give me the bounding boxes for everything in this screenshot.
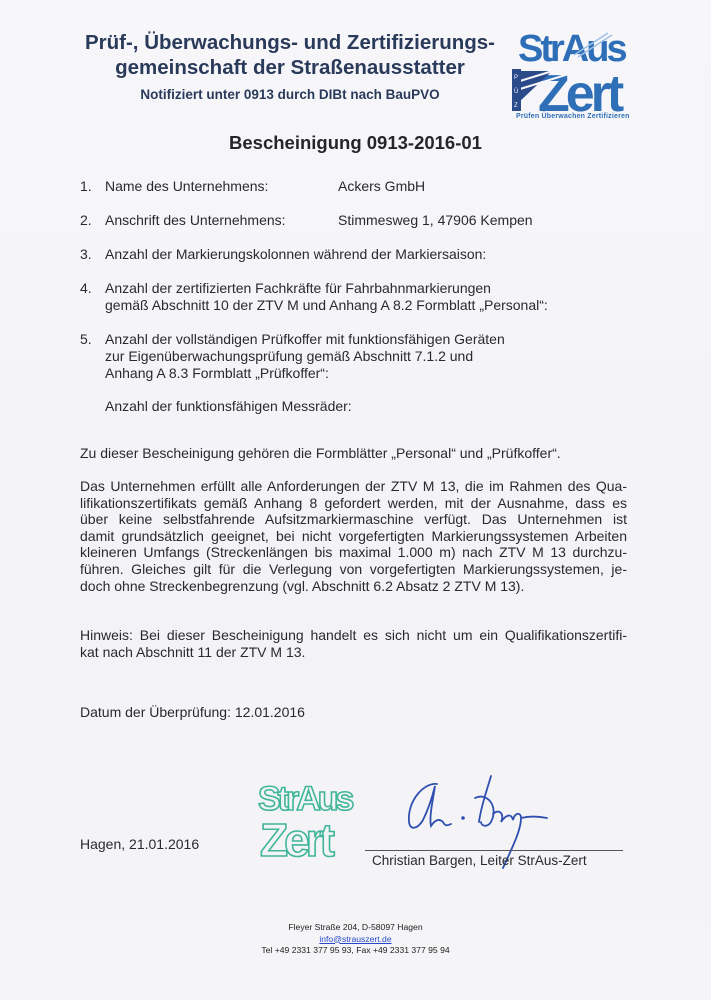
item-label: Name des Unternehmens:	[105, 178, 268, 195]
svg-text:Ü: Ü	[514, 88, 518, 95]
logo-icon: StrAus Zert P Ü Z	[512, 25, 644, 115]
paragraph-line: Das Unternehmen erfüllt alle Anforderung…	[80, 478, 627, 495]
org-name-line1: Prüf-, Überwachungs- und Zertifizierungs…	[80, 30, 500, 55]
item-label-line: Anzahl der zertifizierten Fachkräfte für…	[105, 280, 491, 297]
place-and-date: Hagen, 21.01.2016	[80, 836, 199, 852]
item-label-line: gemäß Abschnitt 10 der ZTV M und Anhang …	[105, 297, 548, 314]
strauszert-logo: StrAus Zert P Ü Z Prüfen Überwachen Zert…	[512, 25, 644, 125]
item-number: 3.	[80, 246, 98, 263]
company-stamp: StrAus Zert	[256, 776, 366, 861]
signatory-name: Christian Bargen, Leiter StrAus-Zert	[372, 853, 587, 868]
item-number: 2.	[80, 212, 98, 229]
paragraph-line: kat nach Abschnitt 11 der ZTV M 13.	[80, 644, 627, 661]
company-name-value: Ackers GmbH	[338, 178, 425, 195]
paragraph-line: kleineren Umfangs (Streckenlängen bis ma…	[80, 544, 627, 561]
item-label: Anzahl der Markierungskolonnen während d…	[105, 246, 486, 263]
svg-text:StrAus: StrAus	[518, 28, 626, 70]
item-label: Anzahl der funktionsfähigen Messräder:	[105, 398, 352, 415]
certificate-page: Prüf-, Überwachungs- und Zertifizierungs…	[0, 0, 711, 1000]
footer-address: Fleyer Straße 204, D-58097 Hagen	[0, 922, 711, 934]
paragraph-line: über keine selbstfahrende Aufsitzmarkier…	[80, 511, 627, 528]
item-label-line: Anhang A 8.3 Formblatt „Prüfkoffer“:	[105, 365, 329, 382]
hint-paragraph: Hinweis: Bei dieser Bescheinigung handel…	[80, 627, 627, 660]
forms-note: Zu dieser Bescheinigung gehören die Form…	[80, 445, 561, 461]
footer-email-link[interactable]: info@strauszert.de	[319, 934, 391, 944]
paragraph-line: lifikationszertifikats gemäß Anhang 8 ge…	[80, 495, 627, 512]
svg-text:StrAus: StrAus	[258, 780, 354, 818]
document-title: Bescheinigung 0913-2016-01	[0, 132, 711, 154]
logo-tagline: Prüfen Überwachen Zertifizieren	[516, 113, 630, 120]
svg-text:Z: Z	[514, 103, 518, 109]
item-number: 5.	[80, 331, 98, 348]
svg-text:P: P	[514, 75, 518, 81]
main-paragraph: Das Unternehmen erfüllt alle Anforderung…	[80, 478, 627, 594]
paragraph-line: damit grundsätzlich geeignet, bei nicht …	[80, 528, 627, 545]
stamp-icon: StrAus Zert	[256, 776, 366, 861]
item-label-line: zur Eigenüberwachungsprüfung gemäß Absch…	[105, 348, 473, 365]
item-number: 1.	[80, 178, 98, 195]
paragraph-line: Hinweis: Bei dieser Bescheinigung handel…	[80, 627, 627, 644]
paragraph-line: doch ohne Streckenbegrenzung (vgl. Absch…	[80, 578, 627, 595]
notification-line: Notifiziert unter 0913 durch DIBt nach B…	[80, 86, 500, 104]
footer-phone-fax: Tel +49 2331 377 95 93, Fax +49 2331 377…	[0, 945, 711, 957]
paragraph-line: führen. Gleiches gilt für die Verlegung …	[80, 561, 627, 578]
svg-text:Zert: Zert	[260, 814, 335, 861]
item-label: Anschrift des Unternehmens:	[105, 212, 286, 229]
footer: Fleyer Straße 204, D-58097 Hagen info@st…	[0, 922, 711, 957]
signature-line	[365, 850, 623, 851]
item-number: 4.	[80, 280, 98, 297]
letterhead: Prüf-, Überwachungs- und Zertifizierungs…	[80, 30, 500, 104]
inspection-date: Datum der Überprüfung: 12.01.2016	[80, 704, 305, 720]
org-name-line2: gemeinschaft der Straßenausstatter	[80, 55, 500, 80]
item-label-line: Anzahl der vollständigen Prüfkoffer mit …	[105, 331, 505, 348]
company-address-value: Stimmesweg 1, 47906 Kempen	[338, 212, 533, 229]
